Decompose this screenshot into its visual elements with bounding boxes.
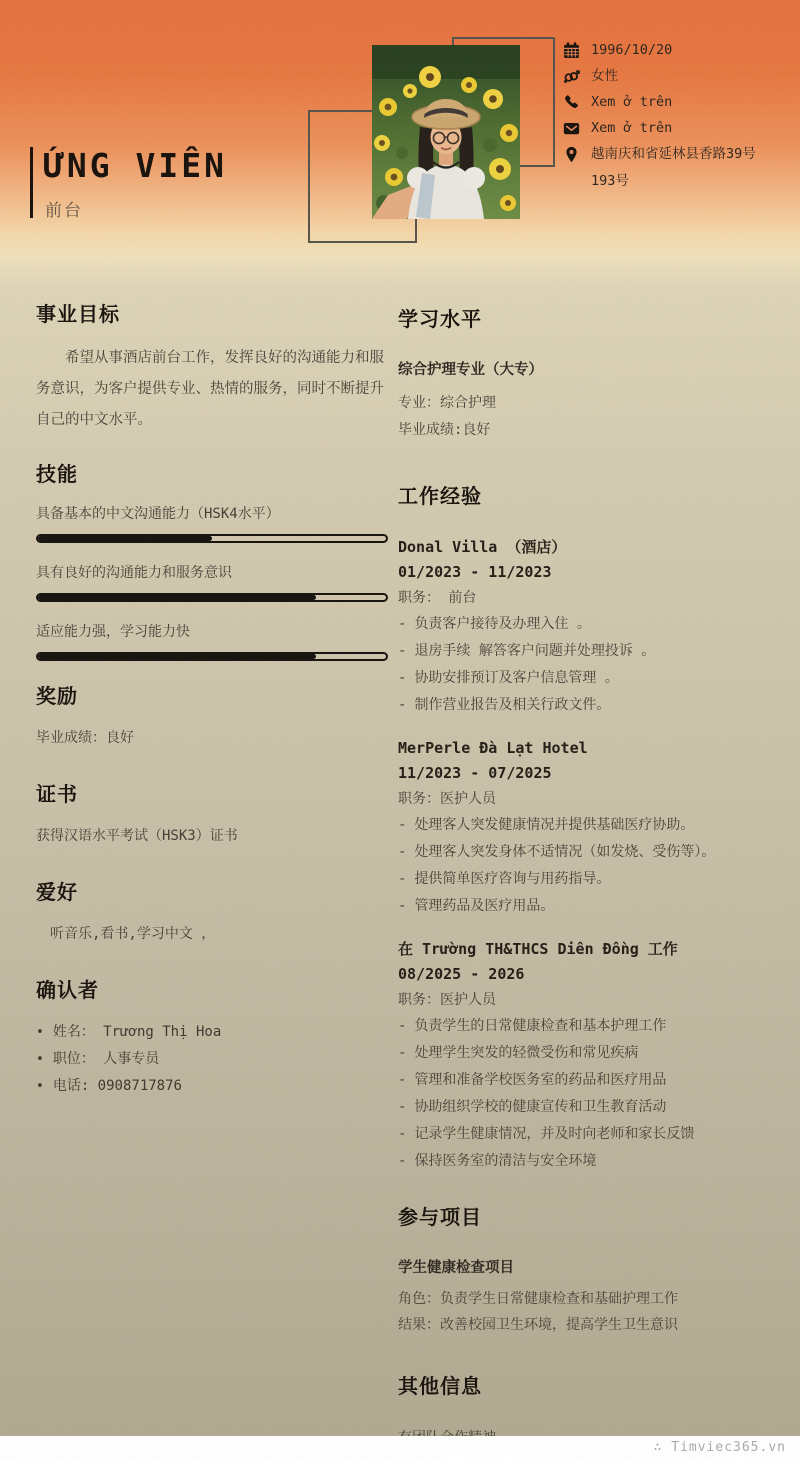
contact-phone: Xem ở trên bbox=[563, 94, 756, 111]
job-title: 前台 bbox=[45, 196, 83, 221]
reference-text: 职位： 人事专员 bbox=[53, 1046, 159, 1073]
section-heading-references: 确认者 bbox=[36, 974, 388, 1003]
job-role: 职务：医护人员 bbox=[398, 987, 790, 1013]
project-role: 角色：负责学生日常健康检查和基础护理工作 bbox=[398, 1286, 790, 1312]
job-duty: -处理学生突发的轻微受伤和常见疾病 bbox=[398, 1040, 790, 1067]
dash-marker: - bbox=[398, 1067, 406, 1094]
reference-text: 电话: 0908717876 bbox=[53, 1073, 182, 1100]
job-duties: -负责学生的日常健康检查和基本护理工作-处理学生突发的轻微受伤和常见疾病-管理和… bbox=[398, 1013, 790, 1175]
skill-bar bbox=[36, 534, 388, 543]
reference-item: •电话: 0908717876 bbox=[36, 1073, 388, 1100]
dash-marker: - bbox=[398, 1148, 406, 1175]
job-period: 11/2023 - 07/2025 bbox=[398, 761, 790, 786]
section-heading-certificates: 证书 bbox=[36, 778, 388, 807]
skill-fill bbox=[38, 595, 316, 600]
job-duty: -负责学生的日常健康检查和基本护理工作 bbox=[398, 1013, 790, 1040]
duty-text: 管理药品及医疗用品。 bbox=[414, 893, 554, 920]
job-entry: Donal Villa （酒店）01/2023 - 11/2023职务： 前台-… bbox=[398, 535, 790, 719]
reference-item: •职位： 人事专员 bbox=[36, 1046, 388, 1073]
bullet-marker: • bbox=[36, 1046, 44, 1073]
duty-text: 退房手续 解答客户问题并处理投诉 。 bbox=[414, 638, 655, 665]
phone-icon bbox=[563, 94, 580, 111]
job-duty: -处理客人突发健康情况并提供基础医疗协助。 bbox=[398, 812, 790, 839]
skill-fill bbox=[38, 536, 212, 541]
contact-email: Xem ở trên bbox=[563, 120, 756, 137]
section-heading-skills: 技能 bbox=[36, 458, 388, 487]
gender-icon bbox=[563, 68, 580, 85]
candidate-name: ỨNG VIÊN bbox=[44, 146, 227, 185]
skill-item: 具备基本的中文沟通能力（HSK4水平） bbox=[36, 503, 388, 543]
objective-text: 希望从事酒店前台工作，发挥良好的沟通能力和服务意识，为客户提供专业、热情的服务，… bbox=[36, 343, 388, 436]
section-heading-education: 学习水平 bbox=[398, 303, 790, 332]
duty-text: 保持医务室的清洁与安全环境 bbox=[414, 1148, 596, 1175]
reference-item: •姓名： Trương Thị Hoa bbox=[36, 1019, 388, 1046]
skill-bar bbox=[36, 652, 388, 661]
duty-text: 处理客人突发身体不适情况（如发烧、受伤等）。 bbox=[414, 839, 715, 866]
job-duties: -负责客户接待及办理入住 。-退房手续 解答客户问题并处理投诉 。-协助安排预订… bbox=[398, 611, 790, 719]
section-heading-experience: 工作经验 bbox=[398, 480, 790, 509]
envelope-icon bbox=[563, 120, 580, 137]
project-name: 学生健康检查项目 bbox=[398, 1256, 790, 1277]
dash-marker: - bbox=[398, 812, 406, 839]
section-heading-hobbies: 爱好 bbox=[36, 876, 388, 905]
section-heading-other: 其他信息 bbox=[398, 1370, 790, 1399]
skill-label: 具有良好的沟通能力和服务意识 bbox=[36, 562, 388, 582]
dash-marker: - bbox=[398, 692, 406, 719]
project-result: 结果：改善校园卫生环境，提高学生卫生意识 bbox=[398, 1312, 790, 1338]
resume-page: ỨNG VIÊN 前台 bbox=[0, 0, 800, 1458]
watermark[interactable]: ∴ Timviec365.vn bbox=[654, 1440, 786, 1455]
job-duty: -记录学生健康情况，并及时向老师和家长反馈 bbox=[398, 1121, 790, 1148]
dash-marker: - bbox=[398, 1040, 406, 1067]
job-company: MerPerle Đà Lạt Hotel bbox=[398, 736, 790, 761]
awards-text: 毕业成绩：良好 bbox=[36, 725, 388, 751]
job-duty: -保持医务室的清洁与安全环境 bbox=[398, 1148, 790, 1175]
job-role: 职务： 前台 bbox=[398, 585, 790, 611]
dash-marker: - bbox=[398, 611, 406, 638]
job-duty: -管理药品及医疗用品。 bbox=[398, 893, 790, 920]
address-value: 越南庆和省延林县香路39号193号 bbox=[591, 146, 756, 190]
dash-marker: - bbox=[398, 839, 406, 866]
duty-text: 负责客户接待及办理入住 。 bbox=[414, 611, 590, 638]
job-duty: -协助安排预订及客户信息管理 。 bbox=[398, 665, 790, 692]
duty-text: 协助安排预订及客户信息管理 。 bbox=[414, 665, 618, 692]
address-line2: 193号 bbox=[591, 173, 756, 190]
contact-birthday: 1996/10/20 bbox=[563, 42, 756, 59]
dash-marker: - bbox=[398, 665, 406, 692]
contact-gender: 女性 bbox=[563, 68, 756, 85]
bullet-marker: • bbox=[36, 1073, 44, 1100]
job-duty: -负责客户接待及办理入住 。 bbox=[398, 611, 790, 638]
skills-list: 具备基本的中文沟通能力（HSK4水平）具有良好的沟通能力和服务意识适应能力强，学… bbox=[36, 503, 388, 661]
duty-text: 制作营业报告及相关行政文件。 bbox=[414, 692, 610, 719]
calendar-icon bbox=[563, 42, 580, 59]
education-major: 专业：综合护理 bbox=[398, 390, 790, 417]
footer-bar: ∴ Timviec365.vn bbox=[0, 1436, 800, 1458]
skill-item: 具有良好的沟通能力和服务意识 bbox=[36, 562, 388, 602]
accent-bar bbox=[30, 147, 33, 218]
job-entry: MerPerle Đà Lạt Hotel11/2023 - 07/2025职务… bbox=[398, 736, 790, 920]
references-list: •姓名： Trương Thị Hoa•职位： 人事专员•电话: 0908717… bbox=[36, 1019, 388, 1100]
duty-text: 管理和准备学校医务室的药品和医疗用品 bbox=[414, 1067, 666, 1094]
section-heading-objective: 事业目标 bbox=[36, 298, 388, 327]
phone-value: Xem ở trên bbox=[591, 94, 672, 111]
profile-photo bbox=[372, 45, 520, 219]
right-column: 学习水平 综合护理专业（大专） 专业：综合护理 毕业成绩:良好 工作经验 Don… bbox=[398, 303, 790, 1451]
duty-text: 提供简单医疗咨询与用药指导。 bbox=[414, 866, 610, 893]
contact-list: 1996/10/20 女性 Xem ở trên Xem ở trên 越南庆和… bbox=[563, 42, 756, 199]
dash-marker: - bbox=[398, 1094, 406, 1121]
duty-text: 处理学生突发的轻微受伤和常见疾病 bbox=[414, 1040, 638, 1067]
certificates-text: 获得汉语水平考试（HSK3）证书 bbox=[36, 823, 388, 849]
bullet-marker: • bbox=[36, 1019, 44, 1046]
dash-marker: - bbox=[398, 1013, 406, 1040]
duty-text: 记录学生健康情况，并及时向老师和家长反馈 bbox=[414, 1121, 694, 1148]
location-pin-icon bbox=[563, 146, 580, 163]
reference-text: 姓名： Trương Thị Hoa bbox=[53, 1019, 221, 1046]
job-period: 01/2023 - 11/2023 bbox=[398, 560, 790, 585]
education-grade: 毕业成绩:良好 bbox=[398, 417, 790, 444]
left-column: 事业目标 希望从事酒店前台工作，发挥良好的沟通能力和服务意识，为客户提供专业、热… bbox=[36, 298, 388, 1100]
job-duty: -制作营业报告及相关行政文件。 bbox=[398, 692, 790, 719]
job-duty: -协助组织学校的健康宣传和卫生教育活动 bbox=[398, 1094, 790, 1121]
address-line1: 越南庆和省延林县香路39号 bbox=[591, 146, 756, 162]
job-entry: 在 Trường TH&THCS Diên Đồng 工作08/2025 - 2… bbox=[398, 937, 790, 1175]
skill-bar bbox=[36, 593, 388, 602]
project-block: 学生健康检查项目 角色：负责学生日常健康检查和基础护理工作 结果：改善校园卫生环… bbox=[398, 1256, 790, 1338]
job-role: 职务：医护人员 bbox=[398, 786, 790, 812]
hobbies-text: 听音乐,看书,学习中文 ， bbox=[36, 921, 388, 947]
job-company: Donal Villa （酒店） bbox=[398, 535, 790, 560]
profile-photo-illustration bbox=[372, 45, 520, 219]
duty-text: 负责学生的日常健康检查和基本护理工作 bbox=[414, 1013, 666, 1040]
dash-marker: - bbox=[398, 866, 406, 893]
section-heading-projects: 参与项目 bbox=[398, 1201, 790, 1230]
dash-marker: - bbox=[398, 638, 406, 665]
job-duty: -处理客人突发身体不适情况（如发烧、受伤等）。 bbox=[398, 839, 790, 866]
job-duty: -管理和准备学校医务室的药品和医疗用品 bbox=[398, 1067, 790, 1094]
job-duty: -提供简单医疗咨询与用药指导。 bbox=[398, 866, 790, 893]
job-duties: -处理客人突发健康情况并提供基础医疗协助。-处理客人突发身体不适情况（如发烧、受… bbox=[398, 812, 790, 920]
education-block: 综合护理专业（大专） 专业：综合护理 毕业成绩:良好 bbox=[398, 358, 790, 444]
jobs-list: Donal Villa （酒店）01/2023 - 11/2023职务： 前台-… bbox=[398, 535, 790, 1175]
gender-value: 女性 bbox=[591, 68, 618, 85]
email-value: Xem ở trên bbox=[591, 120, 672, 137]
duty-text: 协助组织学校的健康宣传和卫生教育活动 bbox=[414, 1094, 666, 1121]
dash-marker: - bbox=[398, 893, 406, 920]
education-degree: 综合护理专业（大专） bbox=[398, 358, 790, 379]
contact-address: 越南庆和省延林县香路39号193号 bbox=[563, 146, 756, 190]
birthday-value: 1996/10/20 bbox=[591, 42, 672, 59]
skill-label: 适应能力强，学习能力快 bbox=[36, 621, 388, 641]
job-duty: -退房手续 解答客户问题并处理投诉 。 bbox=[398, 638, 790, 665]
job-period: 08/2025 - 2026 bbox=[398, 962, 790, 987]
skill-item: 适应能力强，学习能力快 bbox=[36, 621, 388, 661]
duty-text: 处理客人突发健康情况并提供基础医疗协助。 bbox=[414, 812, 694, 839]
dash-marker: - bbox=[398, 1121, 406, 1148]
section-heading-awards: 奖励 bbox=[36, 680, 388, 709]
skill-fill bbox=[38, 654, 316, 659]
job-company: 在 Trường TH&THCS Diên Đồng 工作 bbox=[398, 937, 790, 962]
skill-label: 具备基本的中文沟通能力（HSK4水平） bbox=[36, 503, 388, 523]
